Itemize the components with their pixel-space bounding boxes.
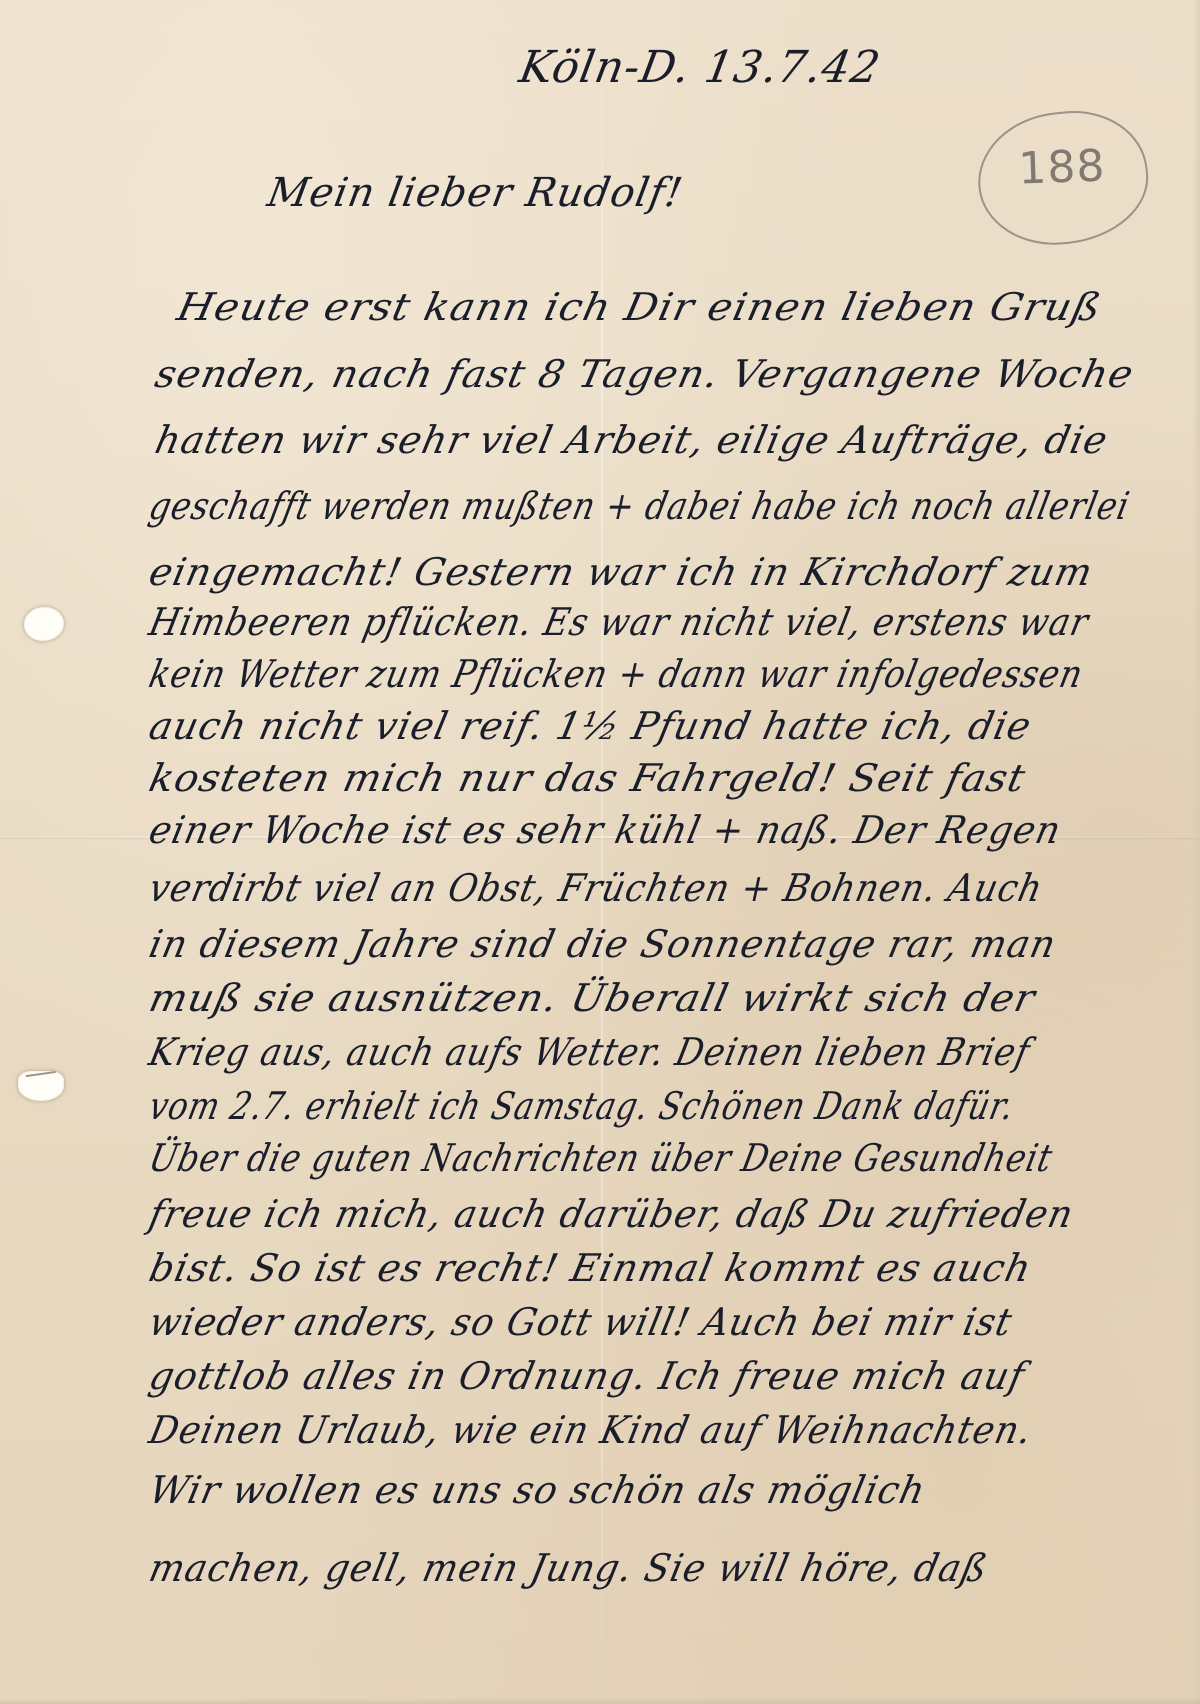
letter-line: Heute erst kann ich Dir einen lieben Gru…	[173, 285, 1105, 329]
letter-line: Deinen Urlaub, wie ein Kind auf Weihnach…	[145, 1408, 1036, 1452]
letter-line: muß sie ausnützen. Überall wirkt sich de…	[145, 976, 1039, 1020]
salutation: Mein lieber Rudolf!	[264, 170, 687, 216]
letter-line: einer Woche ist es sehr kühl + naß. Der …	[145, 808, 1065, 852]
letter-line: eingemacht! Gestern war ich in Kirchdorf…	[145, 550, 1097, 594]
letter-page: 188 Köln-D. 13.7.42 Mein lieber Rudolf! …	[0, 0, 1200, 1704]
letter-line: gottlob alles in Ordnung. Ich freue mich…	[145, 1354, 1029, 1398]
archive-number-circle: 188	[972, 103, 1155, 252]
letter-line: machen, gell, mein Jung. Sie will höre, …	[145, 1546, 992, 1590]
letter-line: Wir wollen es uns so schön als möglich	[145, 1468, 930, 1512]
letter-line: in diesem Jahre sind die Sonnentage rar,…	[145, 922, 1060, 966]
letter-line: verdirbt viel an Obst, Früchten + Bohnen…	[145, 866, 1047, 910]
place-date-line: Köln-D. 13.7.42	[516, 42, 885, 93]
letter-line: bist. So ist es recht! Einmal kommt es a…	[145, 1246, 1035, 1290]
letter-line: kosteten mich nur das Fahrgeld! Seit fas…	[145, 756, 1030, 800]
archive-number: 188	[978, 139, 1146, 196]
letter-line: wieder anders, so Gott will! Auch bei mi…	[145, 1300, 1016, 1344]
letter-line: kein Wetter zum Pflücken + dann war info…	[145, 652, 1087, 696]
letter-line: Himbeeren pflücken. Es war nicht viel, e…	[145, 600, 1093, 644]
paper-bottom-edge	[0, 1698, 1200, 1704]
paper-right-edge	[1192, 0, 1200, 1704]
letter-line: hatten wir sehr viel Arbeit, eilige Auft…	[151, 418, 1112, 462]
letter-line: Über die guten Nachrichten über Deine Ge…	[145, 1136, 1056, 1180]
letter-line: vom 2.7. erhielt ich Samstag. Schönen Da…	[145, 1084, 1018, 1128]
punch-hole-icon	[18, 1071, 64, 1101]
letter-line: geschafft werden mußten + dabei habe ich…	[145, 484, 1133, 528]
letter-line: auch nicht viel reif. 1½ Pfund hatte ich…	[145, 704, 1035, 748]
letter-line: Krieg aus, auch aufs Wetter. Deinen lieb…	[145, 1030, 1034, 1074]
punch-hole-icon	[24, 607, 64, 641]
letter-line: freue ich mich, auch darüber, daß Du zuf…	[145, 1192, 1077, 1236]
letter-line: senden, nach fast 8 Tagen. Vergangene Wo…	[151, 352, 1138, 396]
